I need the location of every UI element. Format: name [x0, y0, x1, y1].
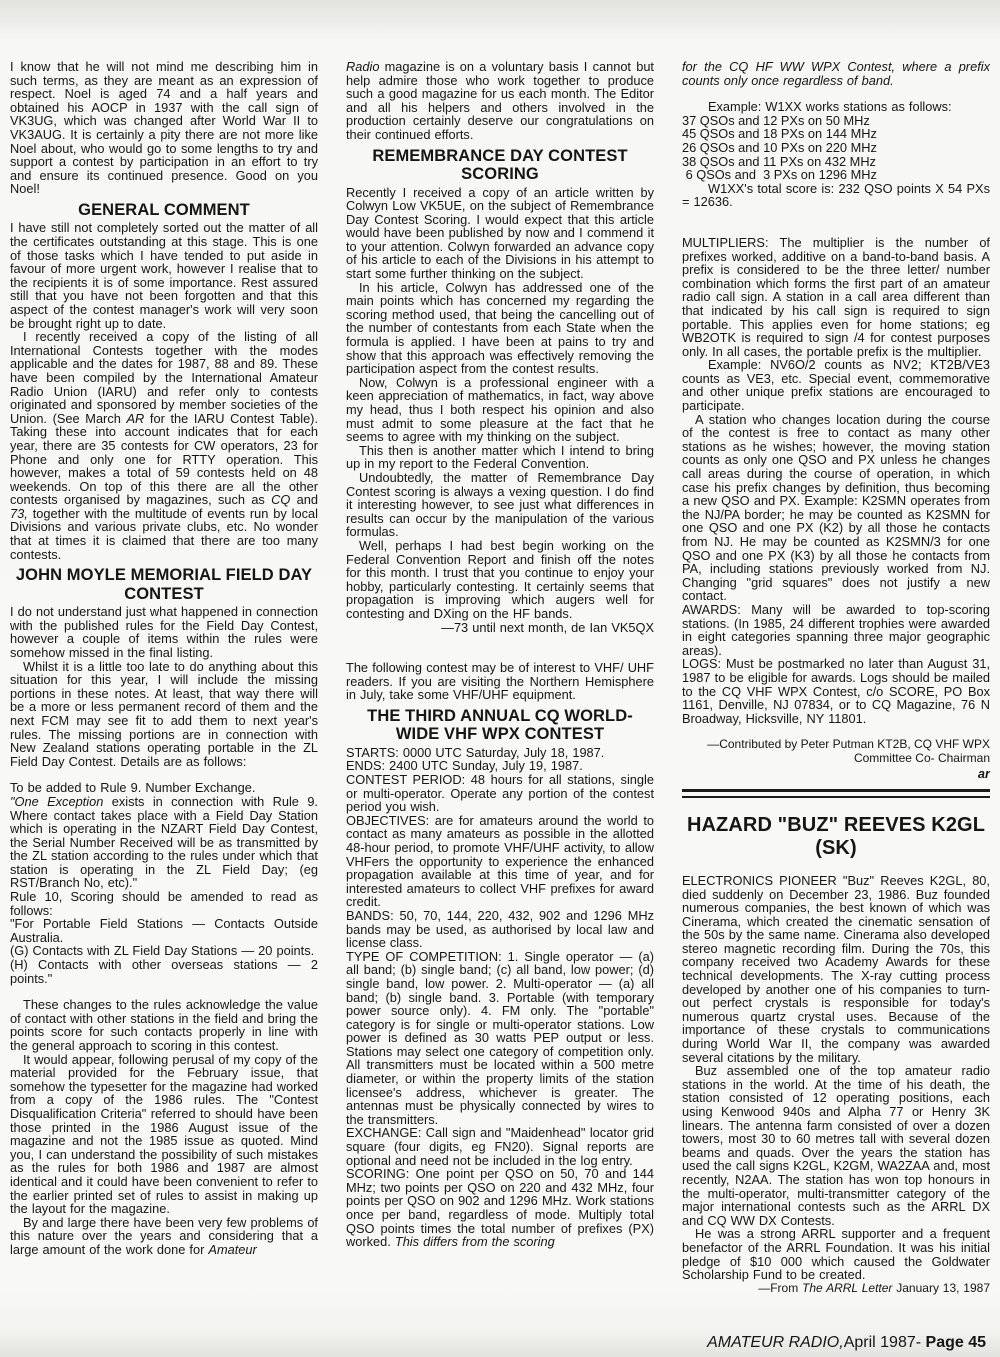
paragraph: He was a strong ARRL supporter and a fre… — [682, 1227, 990, 1281]
paragraph: TYPE OF COMPETITION: 1. Single operator … — [346, 950, 654, 1127]
scan-artifact-top — [0, 0, 1000, 42]
paragraph: —73 until next month, de Ian VK5QX — [346, 621, 654, 635]
text-run: The ARRL Letter — [802, 1281, 892, 1295]
paragraph: I recently received a copy of the listin… — [10, 330, 318, 561]
paragraph: Whilst it is a little too late to do any… — [10, 660, 318, 769]
paragraph: ELECTRONICS PIONEER "Buz" Reeves K2GL, 8… — [682, 874, 990, 1064]
paragraph: I know that he will not mind me describi… — [10, 60, 318, 196]
paragraph: —From The ARRL Letter January 13, 1987 — [682, 1282, 990, 1295]
text-line: 45 QSOs and 18 PXs on 144 MHz — [682, 127, 990, 141]
paragraph: Undoubtedly, the matter of Remembrance D… — [346, 471, 654, 539]
text-run: 73, — [10, 506, 28, 521]
article-heading: HAZARD "BUZ" REEVES K2GL(SK) — [682, 814, 990, 861]
paragraph: Now, Colwyn is a professional engineer w… — [346, 376, 654, 444]
qso-example-lines: 37 QSOs and 12 PXs on 50 MHz45 QSOs and … — [682, 114, 990, 182]
text-run: Amateur — [208, 1242, 256, 1257]
paragraph: In his article, Colwyn has addressed one… — [346, 281, 654, 376]
section-heading: GENERAL COMMENT — [10, 201, 318, 219]
paragraph: Radio magazine is on a voluntary basis I… — [346, 60, 654, 142]
paragraph: Rule 10, Scoring should be amended to re… — [10, 890, 318, 917]
paragraph: AWARDS: Many will be awarded to top-scor… — [682, 603, 990, 657]
paragraph: CONTEST PERIOD: 48 hours for all station… — [346, 773, 654, 814]
paragraph: This then is another matter which I inte… — [346, 444, 654, 471]
magazine-page: I know that he will not mind me describi… — [0, 0, 1000, 1357]
paragraph: ENDS: 2400 UTC Sunday, July 19, 1987. — [346, 759, 654, 773]
text-line: 37 QSOs and 12 PXs on 50 MHz — [682, 114, 990, 128]
column-left: I know that he will not mind me describi… — [10, 60, 318, 1343]
attribution: —Contributed by Peter Putman KT2B, CQ VH… — [682, 738, 990, 765]
paragraph: LOGS: Must be postmarked no later than A… — [682, 657, 990, 725]
paragraph: Example: NV6O/2 counts as NV2; KT2B/VE3 … — [682, 358, 990, 412]
paragraph: for the CQ HF WW WPX Contest, where a pr… — [682, 60, 990, 87]
text-run: for the CQ HF WW WPX Contest, where a pr… — [682, 60, 990, 88]
paragraph: W1XX's total score is: 232 QSO points X … — [682, 182, 990, 209]
text-line: 38 QSOs and 11 PXs on 432 MHz — [682, 155, 990, 169]
footer-magazine-title: AMATEUR RADIO, — [707, 1334, 844, 1351]
paragraph: It would appear, following perusal of my… — [10, 1053, 318, 1216]
paragraph: STARTS: 0000 UTC Saturday, July 18, 1987… — [346, 746, 654, 760]
text-run: AR — [126, 411, 144, 426]
paragraph: EXCHANGE: Call sign and "Maidenhead" loc… — [346, 1126, 654, 1167]
paragraph: By and large there have been very few pr… — [10, 1216, 318, 1257]
text-run: "One Exception — [10, 794, 103, 809]
paragraph: A station who changes location during th… — [682, 413, 990, 603]
paragraph: Buz assembled one of the top amateur rad… — [682, 1064, 990, 1227]
paragraph: OBJECTIVES: are for amateurs around the … — [346, 814, 654, 909]
page-footer: AMATEUR RADIO,April 1987- Page 45 — [707, 1334, 986, 1352]
text-line: Committee Co- Chairman — [682, 752, 990, 765]
column-layout: I know that he will not mind me describi… — [10, 60, 990, 1343]
paragraph: "One Exception exists in connection with… — [10, 795, 318, 890]
paragraph: SCORING: One point per QSO on 50, 70 and… — [346, 1167, 654, 1249]
paragraph: (H) Contacts with other overseas station… — [10, 958, 318, 985]
text-run: Radio — [346, 60, 379, 74]
text-run: This differs from the scoring — [395, 1234, 555, 1249]
paragraph: MULTIPLIERS: The multiplier is the numbe… — [682, 236, 990, 358]
section-heading: REMEMBRANCE DAY CONTEST SCORING — [346, 147, 654, 184]
paragraph: (G) Contacts with ZL Field Day Stations … — [10, 944, 318, 958]
paragraph: Example: W1XX works stations as follows: — [682, 100, 990, 114]
footer-page-number: Page 45 — [926, 1334, 986, 1351]
paragraph: "For Portable Field Stations — Contacts … — [10, 917, 318, 944]
paragraph: I do not understand just what happened i… — [10, 605, 318, 659]
paragraph: Recently I received a copy of an article… — [346, 186, 654, 281]
column-middle: Radio magazine is on a voluntary basis I… — [346, 60, 654, 1343]
heading-line: HAZARD "BUZ" REEVES K2GL — [682, 814, 990, 838]
column-right: for the CQ HF WW WPX Contest, where a pr… — [682, 60, 990, 1343]
heading-line: (SK) — [682, 837, 990, 861]
paragraph: I have still not completely sorted out t… — [10, 221, 318, 330]
section-heading: JOHN MOYLE MEMORIAL FIELD DAY CONTEST — [10, 566, 318, 603]
section-heading: THE THIRD ANNUAL CQ WORLD-WIDE VHF WPX C… — [346, 707, 654, 744]
text-line: 26 QSOs and 10 PXs on 220 MHz — [682, 141, 990, 155]
paragraph: The following contest may be of interest… — [346, 661, 654, 702]
text-run: CQ — [271, 492, 290, 507]
section-divider — [682, 789, 990, 798]
paragraph: To be added to Rule 9. Number Exchange. — [10, 781, 318, 795]
paragraph: Well, perhaps I had best begin working o… — [346, 539, 654, 621]
text-run: ar — [978, 766, 990, 781]
footer-issue: April 1987- — [844, 1334, 926, 1351]
text-line: —Contributed by Peter Putman KT2B, CQ VH… — [682, 738, 990, 751]
paragraph: BANDS: 50, 70, 144, 220, 432, 902 and 12… — [346, 909, 654, 950]
text-line: 6 QSOs and 3 PXs on 1296 MHz — [682, 168, 990, 182]
ar-logo-mark: ar — [682, 767, 990, 781]
paragraph: These changes to the rules acknowledge t… — [10, 998, 318, 1052]
